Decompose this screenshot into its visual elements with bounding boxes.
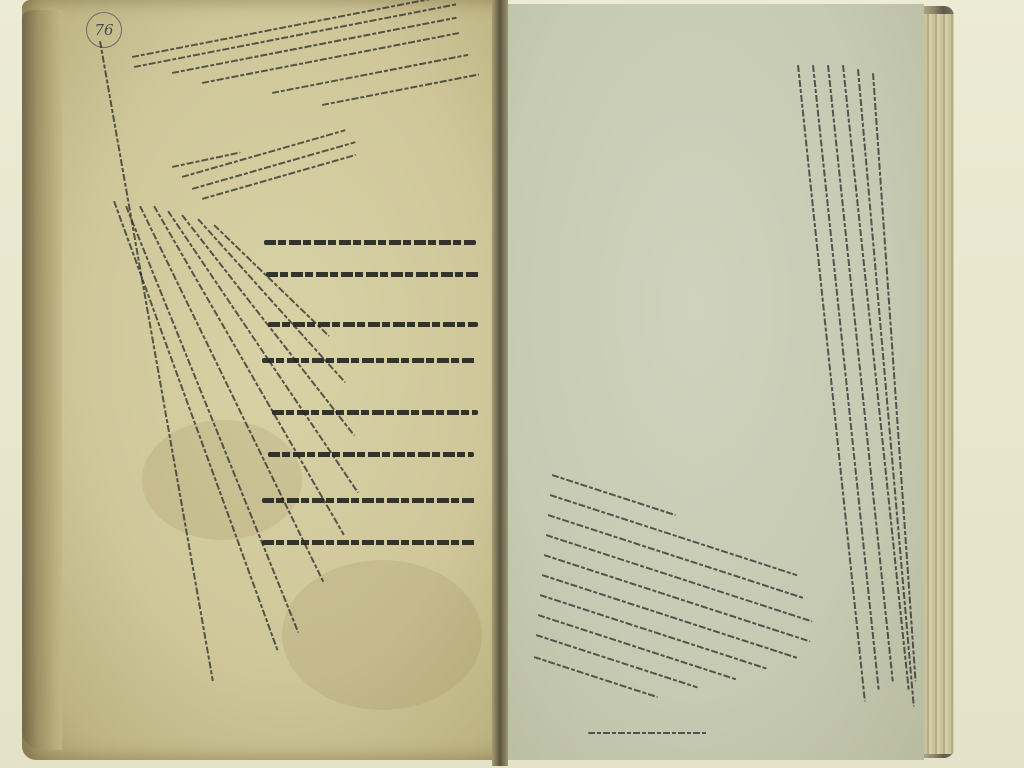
page-stain <box>282 560 482 710</box>
page-stack-edge <box>924 14 954 754</box>
open-manuscript: 76 <box>22 0 984 766</box>
book-gutter <box>492 0 508 766</box>
left-page: 76 <box>22 0 500 760</box>
right-page <box>508 4 924 760</box>
folio-number: 76 <box>86 12 122 48</box>
page-stain <box>142 420 302 540</box>
left-page-edge <box>22 10 62 750</box>
